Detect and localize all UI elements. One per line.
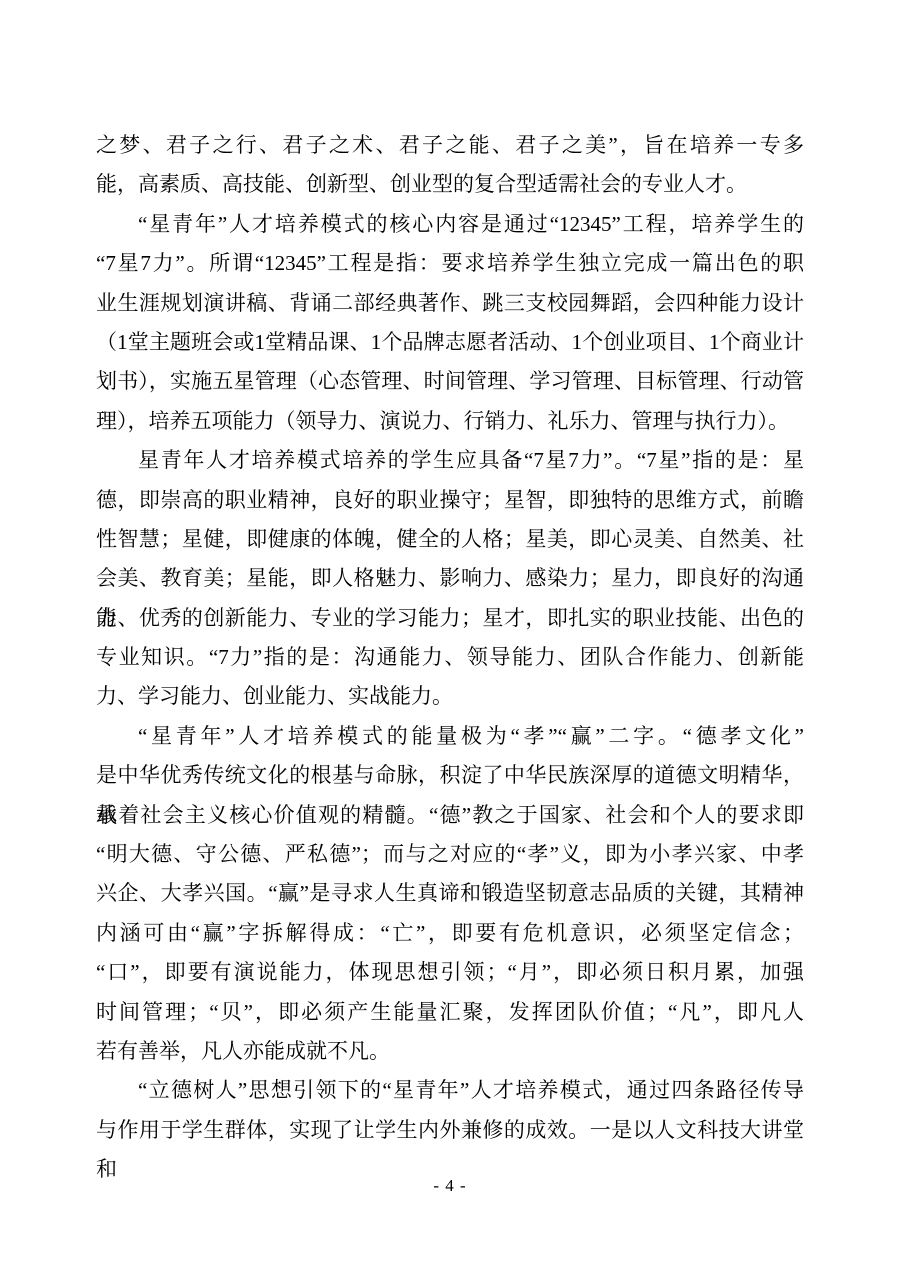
text-line: 德，即崇高的职业精神，良好的职业操守；星智，即独特的思维方式，前瞻 <box>96 481 804 520</box>
text-line: “口”，即要有演说能力，体现思想引领；“月”，即必须日积月累，加强 <box>96 953 804 992</box>
text-line: 划书），实施五星管理（心态管理、时间管理、学习管理、目标管理、行动管 <box>96 362 804 401</box>
text-line: 会美、教育美；星能，即人格魅力、影响力、感染力；星力，即良好的沟通能 <box>96 559 804 598</box>
text-line: “立德树人”思想引领下的“星青年”人才培养模式，通过四条路径传导 <box>96 1071 804 1110</box>
text-line: 力、优秀的创新能力、专业的学习能力；星才，即扎实的职业技能、出色的 <box>96 599 804 638</box>
text-line: “星青年”人才培养模式的能量极为“孝”“赢”二字。“德孝文化” <box>96 717 804 756</box>
page-number: - 4 - <box>0 1176 900 1196</box>
text-line: 之梦、君子之行、君子之术、君子之能、君子之美”，旨在培养一专多 <box>96 126 804 165</box>
text-line: 若有善举，凡人亦能成就不凡。 <box>96 1032 804 1071</box>
document-body: 之梦、君子之行、君子之术、君子之能、君子之美”，旨在培养一专多能，高素质、高技能… <box>96 126 804 1150</box>
text-line: 能，高素质、高技能、创新型、创业型的复合型适需社会的专业人才。 <box>96 165 804 204</box>
text-line: “明大德、守公德、严私德”；而与之对应的“孝”义，即为小孝兴家、中孝 <box>96 835 804 874</box>
text-line: 星青年人才培养模式培养的学生应具备“7星7力”。“7星”指的是：星 <box>96 441 804 480</box>
text-line: “星青年”人才培养模式的核心内容是通过“12345”工程，培养学生的 <box>96 205 804 244</box>
document-page: 之梦、君子之行、君子之术、君子之能、君子之美”，旨在培养一专多能，高素质、高技能… <box>0 0 900 1273</box>
text-line: 力、学习能力、创业能力、实战能力。 <box>96 677 804 716</box>
text-line: 与作用于学生群体，实现了让学生内外兼修的成效。一是以人文科技大讲堂和 <box>96 1111 804 1150</box>
text-line: 理），培养五项能力（领导力、演说力、行销力、礼乐力、管理与执行力）。 <box>96 402 804 441</box>
text-line: 性智慧；星健，即健康的体魄，健全的人格；星美，即心灵美、自然美、社 <box>96 520 804 559</box>
text-line: 专业知识。“7力”指的是：沟通能力、领导能力、团队合作能力、创新能 <box>96 638 804 677</box>
text-line: 业生涯规划演讲稿、背诵二部经典著作、跳三支校园舞蹈，会四种能力设计 <box>96 284 804 323</box>
text-line: 是中华优秀传统文化的根基与命脉，积淀了中华民族深厚的道德文明精华，承 <box>96 756 804 795</box>
text-line: 内涵可由“赢”字拆解得成：“亡”，即要有危机意识，必须坚定信念； <box>96 914 804 953</box>
text-line: 载着社会主义核心价值观的精髓。“德”教之于国家、社会和个人的要求即 <box>96 796 804 835</box>
text-line: 兴企、大孝兴国。“赢”是寻求人生真谛和锻造坚韧意志品质的关键，其精神 <box>96 874 804 913</box>
text-line: 时间管理；“贝”，即必须产生能量汇聚，发挥团队价值；“凡”，即凡人 <box>96 993 804 1032</box>
text-line: “7星7力”。所谓“12345”工程是指：要求培养学生独立完成一篇出色的职 <box>96 244 804 283</box>
text-line: （1堂主题班会或1堂精品课、1个品牌志愿者活动、1个创业项目、1个商业计 <box>96 323 804 362</box>
